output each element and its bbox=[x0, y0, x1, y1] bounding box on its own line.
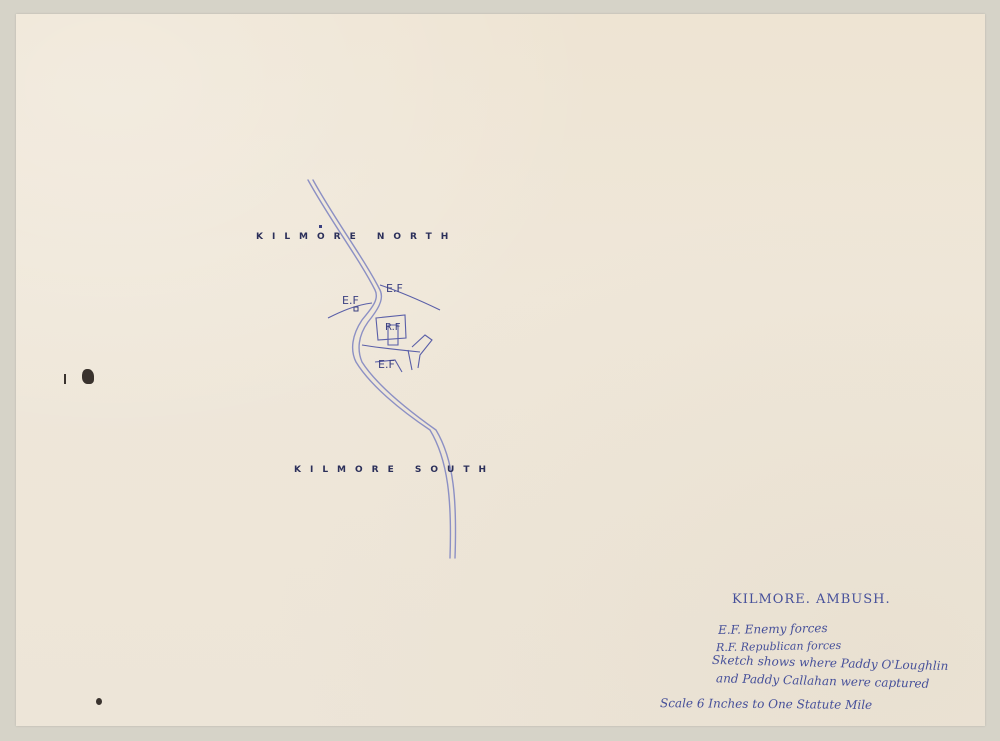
label-kilmore-south: KILMORE SOUTH bbox=[294, 465, 495, 475]
label-kilmore-north: KILMORE NORTH bbox=[256, 232, 457, 242]
label-enemy-forces-east: E.F bbox=[386, 282, 403, 295]
legend-scale: Scale 6 Inches to One Statute Mile bbox=[660, 696, 872, 712]
ink-blot bbox=[82, 369, 94, 384]
sketch-map bbox=[0, 0, 1000, 741]
ink-spot bbox=[96, 698, 102, 705]
label-enemy-forces-south: E.F bbox=[378, 358, 395, 371]
label-republican-forces: R.F bbox=[385, 322, 401, 333]
ink-mark bbox=[64, 374, 66, 384]
legend-line-rf: R.F. Republican forces bbox=[716, 639, 841, 654]
legend-line-ef: E.F. Enemy forces bbox=[718, 621, 828, 637]
legend-title: KILMORE. AMBUSH. bbox=[732, 592, 891, 607]
house-mark bbox=[354, 307, 358, 311]
church-mark bbox=[319, 225, 322, 228]
label-enemy-forces-west: E.F bbox=[342, 294, 359, 307]
